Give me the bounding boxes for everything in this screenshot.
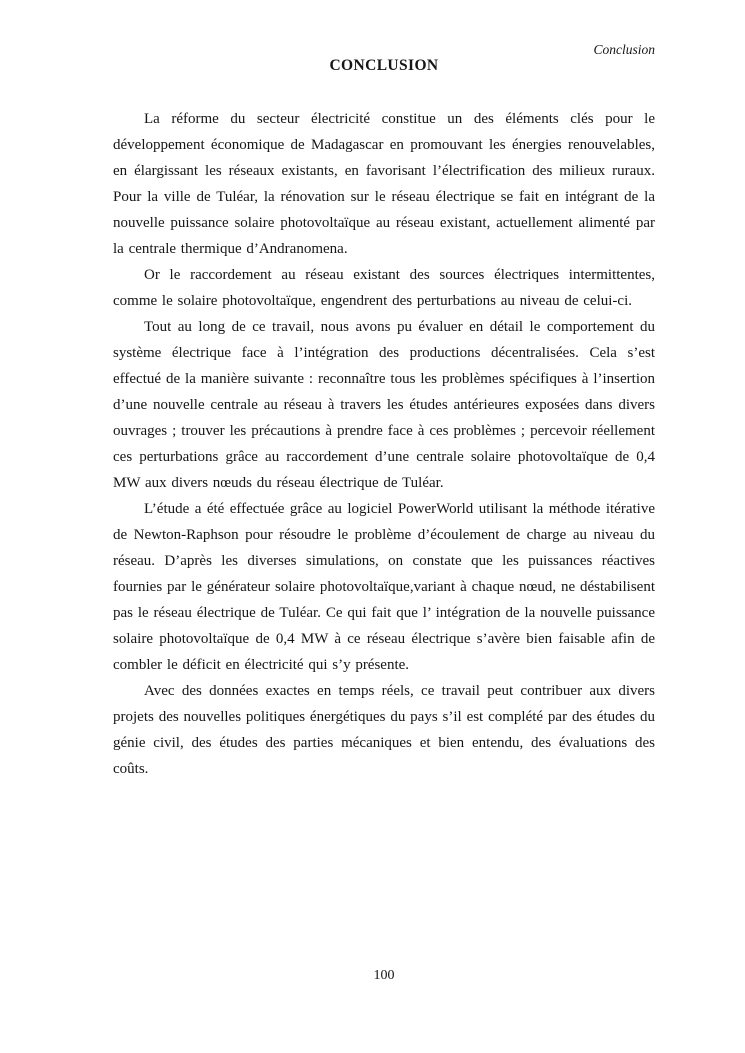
paragraph-2: Or le raccordement au réseau existant de…	[113, 262, 655, 314]
paragraph-4: L’étude a été effectuée grâce au logicie…	[113, 496, 655, 678]
paragraph-3: Tout au long de ce travail, nous avons p…	[113, 314, 655, 496]
page-number: 100	[113, 967, 655, 985]
running-header-chapter-label: Conclusion	[113, 42, 655, 57]
page-title: CONCLUSION	[113, 57, 655, 75]
document-body: La réforme du secteur électricité consti…	[113, 106, 655, 782]
document-page: Conclusion CONCLUSION La réforme du sect…	[0, 0, 745, 1053]
paragraph-1: La réforme du secteur électricité consti…	[113, 106, 655, 262]
paragraph-5: Avec des données exactes en temps réels,…	[113, 678, 655, 782]
